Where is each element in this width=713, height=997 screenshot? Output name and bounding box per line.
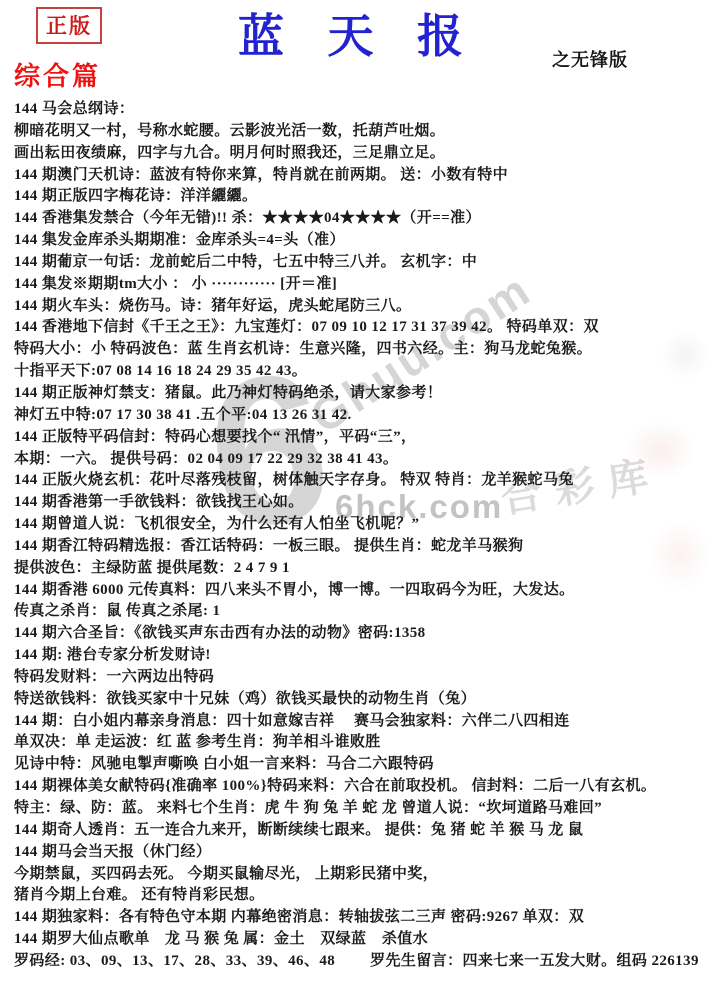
report-line: 单双决：单 走运波：红 蓝 参考生肖：狗羊相斗谁败胜 [14,732,710,754]
report-line: 今期禁鼠，买四码去死。 今期买鼠输尽光， 上期彩民猪中奖， [14,864,710,886]
report-line: 144 期香港第一手欲钱料：欲钱找王心如。 [14,492,710,514]
report-line: 144 期马会当天报（休门经） [14,842,710,864]
report-line: 本期：一六。 提供号码：02 04 09 17 22 29 32 38 41 4… [14,449,710,471]
report-line: 144 期罗大仙点歌单 龙 马 猴 兔 属：金土 双绿蓝 杀值水 [14,929,710,951]
report-line: 特主：绿、防：蓝。 来料七个生肖：虎 牛 狗 兔 羊 蛇 龙 曾道人说：“坎坷道… [14,798,710,820]
report-line: 144 正版火烧玄机：花叶尽落残枝留，树体触天字存身。 特双 特肖：龙羊猴蛇马兔 [14,470,710,492]
blue-sky-report-page: 正版 蓝 天 报 之无锋版 综合篇 6 Ghuu.com 合彩库 6hck.co… [0,0,713,997]
report-line: 十指平天下:07 08 14 16 18 24 29 35 42 43。 [14,361,710,383]
report-line: 144 正版特平码信封：特码心想要找个“ 汛情”，平码“三”， [14,427,710,449]
report-line: 144 期正版四字梅花诗：洋洋纚纚。 [14,186,710,208]
report-line: 提供波色：主绿防蓝 提供尾数：2 4 7 9 1 [14,558,710,580]
report-line: 罗码经: 03、09、13、17、28、33、39、46、48 罗先生留言：四来… [14,951,710,973]
report-line: 144 期裸体美女献特码{准确率 100%}特码来料：六合在前取投机。 信封料：… [14,776,710,798]
report-line: 特码大小：小 特码波色：蓝 生肖玄机诗：生意兴隆，四书六经。主：狗马龙蛇兔猴。 [14,339,710,361]
report-line: 144 期正版神灯禁支：猪鼠。此乃神灯特码绝杀，请大家参考！ [14,383,710,405]
report-line: 见诗中特：风驰电掣声嘶唤 白小姐一言来料：马合二六跟特码 [14,754,710,776]
report-line: 特码发财料：一六两边出特码 [14,667,710,689]
report-line: 144 马会总纲诗： [14,99,710,121]
report-line: 特送欲钱料：欲钱买家中十兄妹（鸡）欲钱买最快的动物生肖（兔） [14,689,710,711]
report-line: 144 集发※期期tm大小 ： 小 ············ [开＝准] [14,274,710,296]
edition-label: 之无锋版 [552,46,628,72]
report-line: 画出耘田夜绩麻，四字与九合。明月何时照我还，三足鼎立足。 [14,143,710,165]
report-line: 神灯五中特:07 17 30 38 41 .五个平:04 13 26 31 42… [14,405,710,427]
report-line: 144 期香港 6000 元传真料：四八来头不胃小，博一博。一四取码今为旺，大发… [14,580,710,602]
report-lines: 144 马会总纲诗：柳暗花明又一村，号称水蛇腰。云影波光活一数，托葫芦吐烟。画出… [14,99,710,973]
report-line: 猪肖今期上台难。 还有特肖彩民想。 [14,885,710,907]
report-line: 144 期：白小姐内幕亲身消息：四十如意嫁吉祥 赛马会独家料：六伴二八四相连 [14,711,710,733]
section-title: 综合篇 [14,56,101,93]
report-line: 144 香港集发禁合（今年无错)!! 杀：★★★★04★★★★（开==准） [14,208,710,230]
report-line: 144 期澳门天机诗：蓝波有特你来算，特肖就在前两期。 送：小数有特中 [14,165,710,187]
report-line: 144 期奇人透肖：五一连合九来开，断断续续七跟来。 提供：兔 猪 蛇 羊 猴 … [14,820,710,842]
report-line: 144 期: 港台专家分析发财诗! [14,645,710,667]
report-line: 柳暗花明又一村，号称水蛇腰。云影波光活一数，托葫芦吐烟。 [14,121,710,143]
report-line: 144 期葡京一句话：龙前蛇后二中特，七五中特三八并。 玄机字：中 [14,252,710,274]
report-line: 144 期火车头：烧伤马。诗：猪年好运，虎头蛇尾防三八。 [14,296,710,318]
report-line: 144 香港地下信封《千王之王》：九宝莲灯：07 09 10 12 17 31 … [14,317,710,339]
report-line: 传真之杀肖：鼠 传真之杀尾: 1 [14,601,710,623]
report-line: 144 集发金库杀头期期准：金库杀头=4=头（准） [14,230,710,252]
report-line: 144 期香江特码精选报：香江话特码：一板三眼。 提供生肖：蛇龙羊马猴狗 [14,536,710,558]
report-line: 144 期六合圣旨：《欲钱买声东击西有办法的动物》密码:1358 [14,623,710,645]
report-line: 144 期独家料：各有特色守本期 内幕绝密消息：转轴拔弦二三声 密码:9267 … [14,907,710,929]
report-line: 144 期曾道人说：飞机很安全，为什么还有人怕坐飞机呢？” [14,514,710,536]
